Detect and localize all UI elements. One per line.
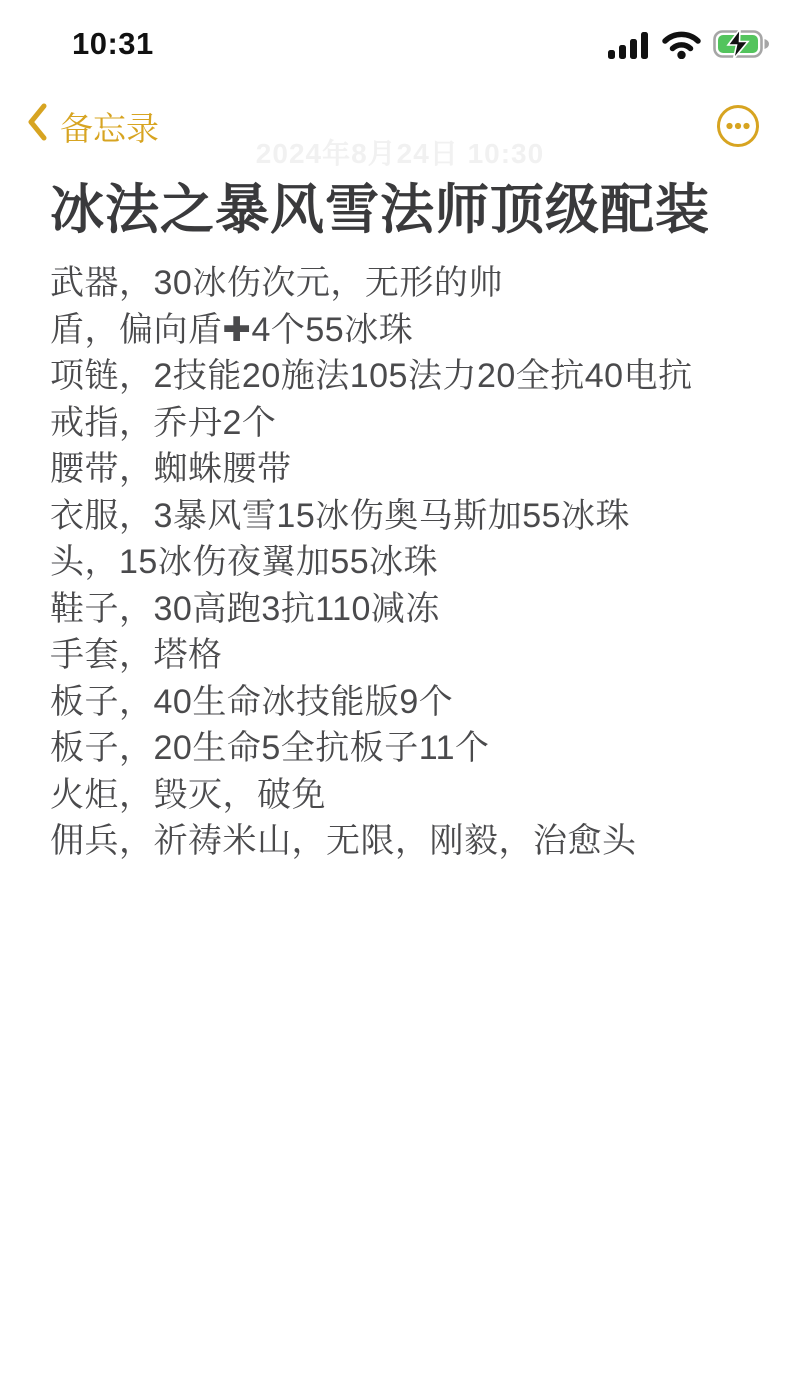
note-line-helm: 头，15冰伤夜翼加55冰珠 xyxy=(50,539,774,586)
wifi-icon xyxy=(661,29,702,59)
notes-app-screen: 10:31 xyxy=(0,0,800,1384)
note-line-gloves: 手套，塔格 xyxy=(50,632,774,679)
note-line-charms-2: 板子，20生命5全抗板子11个 xyxy=(50,725,774,772)
note-line-charms-1: 板子，40生命冰技能版9个 xyxy=(50,679,774,726)
battery-charging-icon xyxy=(713,29,770,59)
note-line-belt: 腰带，蜘蛛腰带 xyxy=(50,446,774,493)
clock-time: 10:31 xyxy=(72,26,154,62)
note-title: 冰法之暴风雪法师顶级配装 xyxy=(50,178,774,242)
note-line-necklace: 项链，2技能20施法105法力20全抗40电抗 xyxy=(50,353,774,400)
note-line-boots: 鞋子，30高跑3抗110减冻 xyxy=(50,586,774,633)
cellular-signal-icon xyxy=(608,29,650,59)
note-body[interactable]: 武器，30冰伤次元，无形的帅 盾，偏向盾✚4个55冰珠 项链，2技能20施法10… xyxy=(50,260,774,865)
note-line-torch: 火炬，毁灭，破免 xyxy=(50,772,774,819)
note-timestamp: 2024年8月24日 10:30 xyxy=(0,132,800,172)
note-line-rings: 戒指，乔丹2个 xyxy=(50,400,774,447)
note-line-mercenary: 佣兵，祈祷米山，无限，刚毅，治愈头 xyxy=(50,818,774,865)
note-line-weapon: 武器，30冰伤次元，无形的帅 xyxy=(50,260,774,307)
note-line-armor: 衣服，3暴风雪15冰伤奥马斯加55冰珠 xyxy=(50,493,774,540)
note-line-shield: 盾，偏向盾✚4个55冰珠 xyxy=(50,307,774,354)
status-icons xyxy=(608,29,770,59)
status-bar: 10:31 xyxy=(0,18,800,70)
